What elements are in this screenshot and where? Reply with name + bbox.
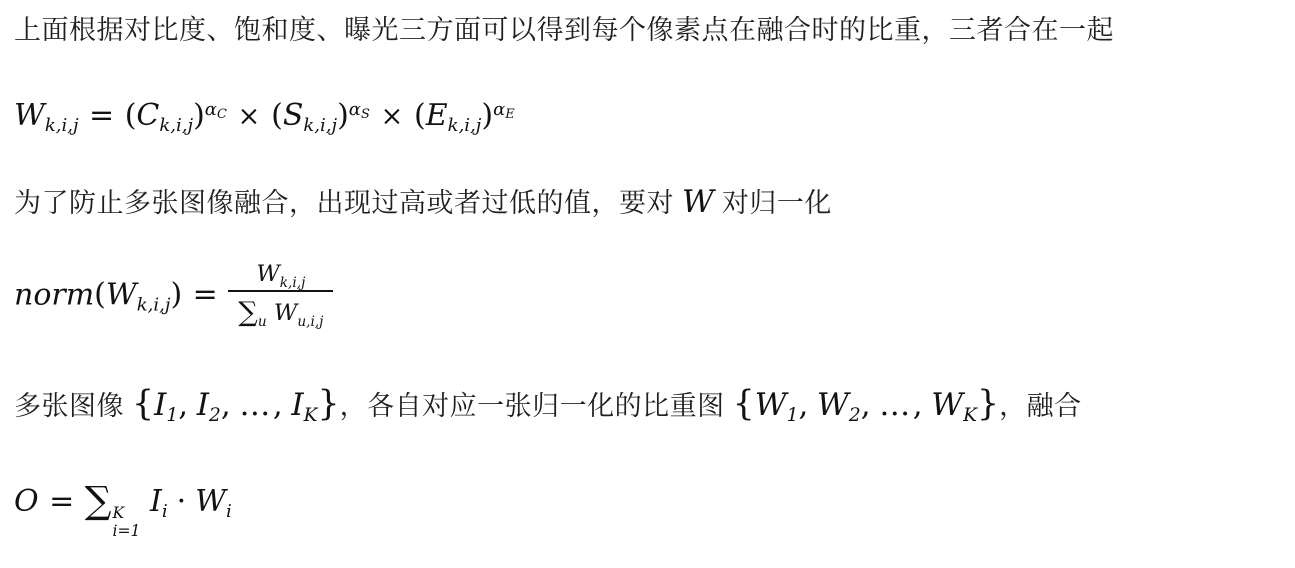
sum-upper-limit: K: [112, 505, 140, 523]
subscript-C: C: [217, 107, 227, 122]
comma: ,: [861, 387, 871, 423]
var-E: E: [426, 98, 448, 133]
subscript-kij: k,i,j: [137, 294, 171, 315]
paren-open: (: [94, 277, 106, 312]
subscript-S: S: [361, 107, 370, 122]
var-W: W: [106, 277, 137, 312]
formula-fusion-sum: O=∑Ki=1 Ii·Wi: [14, 476, 1277, 541]
var-I: I: [197, 387, 209, 423]
operator-times: ×: [238, 101, 261, 132]
sum-lower-limit: i=1: [112, 523, 140, 541]
paragraph-text: 对归一化: [714, 188, 832, 218]
comma: ,: [221, 387, 231, 423]
paragraph-weight-intro: 上面根据对比度、饱和度、曝光三方面可以得到每个像素点在融合时的比重，三者合在一起: [14, 14, 1277, 48]
brace-open: {: [733, 383, 755, 426]
brace-open: {: [132, 383, 154, 426]
var-W: W: [274, 300, 297, 326]
var-W: W: [256, 261, 279, 287]
ellipsis: …: [879, 387, 912, 423]
paren-close: ): [193, 98, 205, 133]
var-W-inline: W: [682, 184, 714, 220]
sum-icon: ∑: [238, 297, 258, 328]
func-norm: norm: [14, 277, 94, 312]
paren-close: ): [481, 98, 493, 133]
formula-weight-product: Wk,i,j=(Ck,i,j)αC×(Sk,i,j)αS×(Ek,i,j)αE: [14, 98, 1277, 133]
var-S: S: [283, 98, 304, 133]
document-body: 上面根据对比度、饱和度、曝光三方面可以得到每个像素点在融合时的比重，三者合在一起…: [0, 0, 1295, 541]
var-W: W: [755, 387, 787, 423]
operator-cdot: ·: [177, 484, 187, 519]
fraction: Wk,i,j∑u Wu,i,j: [228, 261, 333, 327]
subscript-2: 2: [849, 405, 861, 426]
var-O: O: [14, 484, 39, 519]
operator-times: ×: [381, 101, 404, 132]
comma: ,: [913, 387, 923, 423]
var-W: W: [14, 98, 45, 133]
inline-math-image-set: {I1,I2,…,IK}: [132, 387, 340, 423]
paren-close: ): [337, 98, 349, 133]
subscript-K: K: [304, 405, 318, 426]
subscript-uij: u,i,j: [297, 314, 323, 330]
subscript-kij: k,i,j: [303, 115, 337, 136]
var-W: W: [817, 387, 849, 423]
comma: ,: [178, 387, 188, 423]
subscript-i: i: [162, 501, 168, 522]
var-W: W: [931, 387, 963, 423]
inline-math-weight-set: {W1,W2,…,WK}: [733, 387, 999, 423]
fraction-numerator: Wk,i,j: [228, 261, 333, 290]
superscript-alpha-C: αC: [205, 99, 227, 120]
subscript-kij: k,i,j: [45, 115, 79, 136]
paragraph-text: 为了防止多张图像融合，出现过高或者过低的值，要对: [14, 188, 682, 218]
paren-open: (: [125, 98, 137, 133]
var-W: W: [195, 484, 226, 519]
superscript-alpha-E: αE: [493, 99, 515, 120]
var-alpha: α: [493, 99, 505, 120]
subscript-kij: k,i,j: [448, 115, 482, 136]
subscript-2: 2: [209, 405, 221, 426]
var-I: I: [150, 484, 162, 519]
ellipsis: …: [239, 387, 272, 423]
var-I: I: [291, 387, 303, 423]
subscript-E: E: [505, 107, 514, 122]
subscript-u: u: [258, 314, 267, 330]
sum-limits: Ki=1: [112, 505, 140, 541]
paragraph-text: 多张图像: [14, 391, 132, 421]
subscript-1: 1: [787, 405, 799, 426]
paragraph-fusion-intro: 多张图像 {I1,I2,…,IK}，各自对应一张归一化的比重图 {W1,W2,……: [14, 383, 1277, 426]
paren-open: (: [271, 98, 283, 133]
paragraph-normalize-intro: 为了防止多张图像融合，出现过高或者过低的值，要对 W 对归一化: [14, 183, 1277, 222]
var-alpha: α: [205, 99, 217, 120]
subscript-1: 1: [166, 405, 178, 426]
subscript-kij: k,i,j: [280, 275, 306, 291]
paragraph-text: ，各自对应一张归一化的比重图: [340, 391, 733, 421]
brace-close: }: [318, 383, 340, 426]
paren-close: ): [170, 277, 182, 312]
brace-close: }: [977, 383, 999, 426]
comma: ,: [273, 387, 283, 423]
sum-icon: ∑: [85, 478, 112, 522]
subscript-K: K: [963, 405, 977, 426]
paragraph-text: ，融合: [999, 391, 1082, 421]
comma: ,: [798, 387, 808, 423]
operator-equals: =: [89, 98, 114, 133]
operator-equals: =: [49, 484, 74, 519]
operator-equals: =: [193, 277, 218, 312]
var-I: I: [154, 387, 166, 423]
formula-normalization: norm(Wk,i,j)=Wk,i,j∑u Wu,i,j: [14, 266, 1277, 327]
var-alpha: α: [349, 99, 361, 120]
fraction-denominator: ∑u Wu,i,j: [228, 290, 333, 327]
var-C: C: [136, 98, 159, 133]
superscript-alpha-S: αS: [349, 99, 370, 120]
subscript-kij: k,i,j: [159, 115, 193, 136]
subscript-i: i: [226, 501, 232, 522]
paragraph-text: 上面根据对比度、饱和度、曝光三方面可以得到每个像素点在融合时的比重，三者合在一起: [14, 15, 1114, 45]
paren-open: (: [414, 98, 426, 133]
